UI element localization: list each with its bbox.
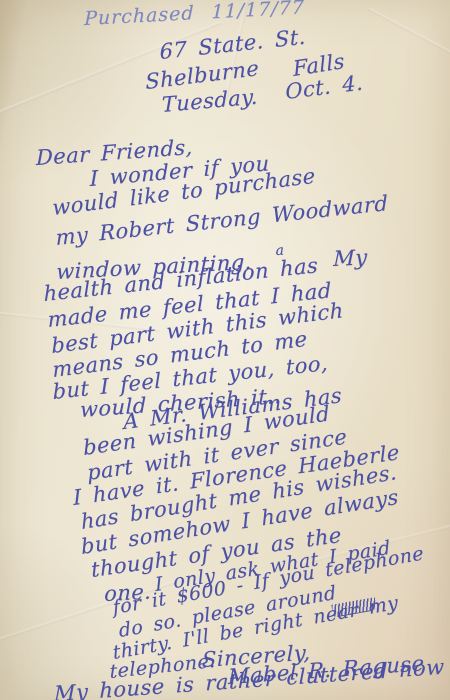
letter-paper: Purchased 11/17/77 67 State. St. Shelbur… <box>0 0 450 700</box>
purchase-date-annotation: Purchased 11/17/77 <box>84 0 305 30</box>
body-line: My <box>333 245 368 271</box>
paper-crease <box>367 7 450 75</box>
